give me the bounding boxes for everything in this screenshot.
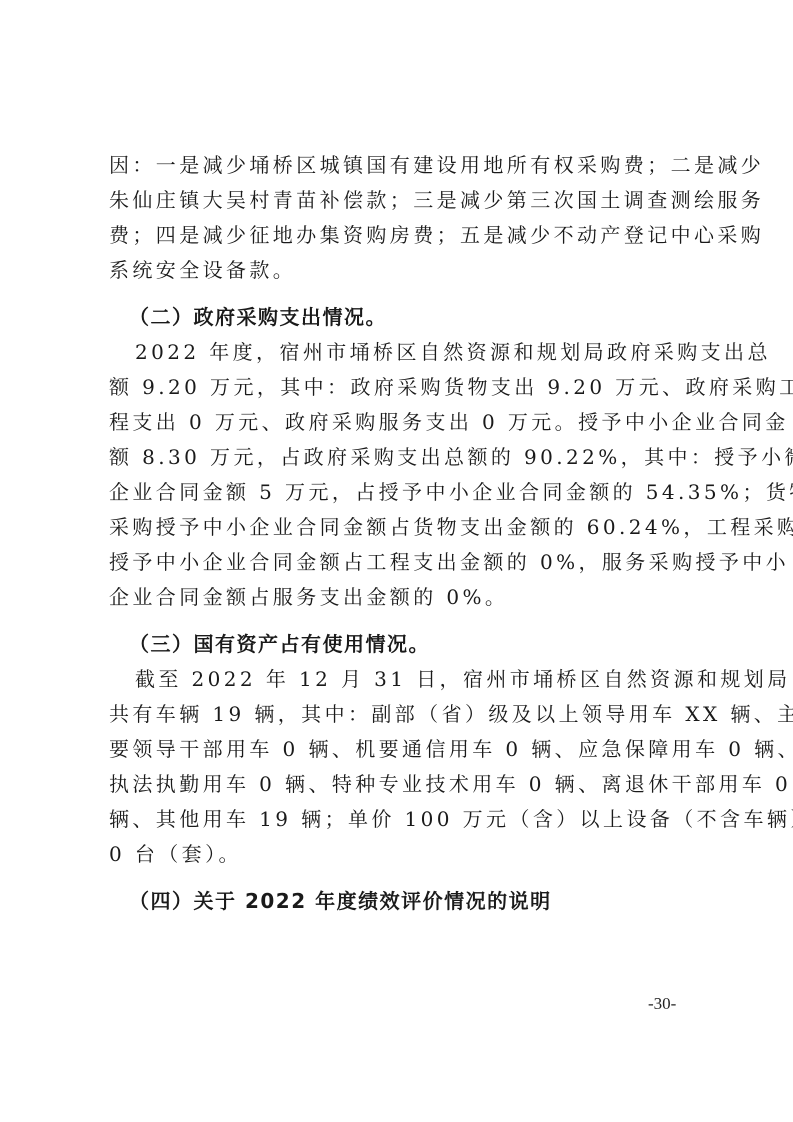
text-line: 费；四是减少征地办集资购房费；五是减少不动产登记中心采购 [109, 218, 693, 253]
text-line: 程支出 0 万元、政府采购服务支出 0 万元。授予中小企业合同金 [109, 405, 693, 440]
text-line: 辆、其他用车 19 辆；单价 100 万元（含）以上设备（不含车辆） [109, 802, 693, 837]
text-line: 朱仙庄镇大吴村青苗补偿款；三是减少第三次国土调查测绘服务 [109, 183, 693, 218]
text-line: 执法执勤用车 0 辆、特种专业技术用车 0 辆、离退休干部用车 0 [109, 767, 693, 802]
text-line: 因：一是减少埇桥区城镇国有建设用地所有权采购费；二是减少 [109, 148, 693, 183]
paragraph-procurement: 2022 年度，宿州市埇桥区自然资源和规划局政府采购支出总 额 9.20 万元，… [109, 335, 693, 615]
text-line: 额 8.30 万元，占政府采购支出总额的 90.22%，其中：授予小微 [109, 440, 693, 475]
text-line: 企业合同金额占服务支出金额的 0%。 [109, 580, 693, 615]
document-page: 因：一是减少埇桥区城镇国有建设用地所有权采购费；二是减少 朱仙庄镇大吴村青苗补偿… [109, 148, 693, 919]
text-line: 2022 年度，宿州市埇桥区自然资源和规划局政府采购支出总 [109, 335, 693, 370]
text-line: 系统安全设备款。 [109, 253, 693, 288]
paragraph-state-assets: 截至 2022 年 12 月 31 日，宿州市埇桥区自然资源和规划局 共有车辆 … [109, 662, 693, 872]
text-line: 企业合同金额 5 万元，占授予中小企业合同金额的 54.35%；货物 [109, 475, 693, 510]
text-line: 0 台（套）。 [109, 837, 693, 872]
text-line: 授予中小企业合同金额占工程支出金额的 0%，服务采购授予中小 [109, 545, 693, 580]
paragraph-reduction-reasons: 因：一是减少埇桥区城镇国有建设用地所有权采购费；二是减少 朱仙庄镇大吴村青苗补偿… [109, 148, 693, 288]
section-heading-state-assets: （三）国有资产占有使用情况。 [109, 627, 693, 662]
section-heading-procurement: （二）政府采购支出情况。 [109, 300, 693, 335]
text-line: 采购授予中小企业合同金额占货物支出金额的 60.24%，工程采购 [109, 510, 693, 545]
text-line: 要领导干部用车 0 辆、机要通信用车 0 辆、应急保障用车 0 辆、 [109, 732, 693, 767]
text-line: 共有车辆 19 辆，其中：副部（省）级及以上领导用车 XX 辆、主 [109, 697, 693, 732]
page-number: -30- [648, 994, 676, 1014]
text-line: 截至 2022 年 12 月 31 日，宿州市埇桥区自然资源和规划局 [109, 662, 693, 697]
section-heading-performance-evaluation: （四）关于 2022 年度绩效评价情况的说明 [109, 884, 693, 919]
text-line: 额 9.20 万元，其中：政府采购货物支出 9.20 万元、政府采购工 [109, 370, 693, 405]
